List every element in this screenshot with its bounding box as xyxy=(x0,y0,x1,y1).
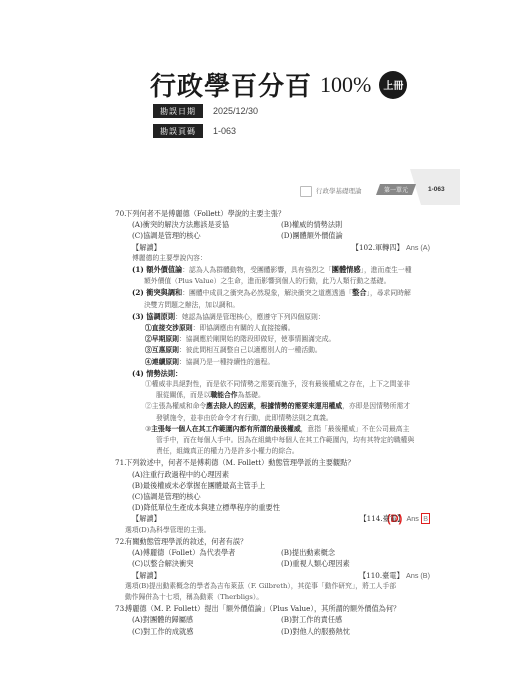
sub-lead: ②早期原則 xyxy=(145,335,179,343)
point-4: (4) 情勢法則： xyxy=(115,368,430,379)
errata-page-row: 勘誤頁碼 1-063 xyxy=(153,124,236,138)
question-number: 72. xyxy=(115,536,126,547)
question-number: 70. xyxy=(115,208,126,219)
coordination-3: ③互惠原則：彼此間相互調整自己以適應別人的一種活動。 xyxy=(115,345,430,356)
point-1-cont: 額外價值（Plus Value）之生命，進而影響到個人的行動，此乃人類行動之基礎… xyxy=(115,276,430,287)
situation-2-cont: 發號施令，並非由於命令才有行動，此即情勢法則之真義。 xyxy=(115,413,430,424)
page-number: 1-063 xyxy=(428,186,445,193)
situation-3: ③主張每一個人在其工作範圍內都有所謂的最後權威，意指「最後權威」不在公司最高主 xyxy=(115,424,430,435)
question-text: 有關動態管理學派的敘述，何者有誤？ xyxy=(115,536,430,547)
sub-text: 服從關係，而是以 xyxy=(156,391,210,399)
question-text: 下列何者不是傅麗德（Follett）學說的主要主張？ xyxy=(115,208,430,219)
sub-text: ：協調乃是一種持續性的過程。 xyxy=(179,358,274,366)
errata-page-label: 勘誤頁碼 xyxy=(153,124,203,138)
explanation-text-cont: 動作歸併為十七項，稱為動素（Therbligs）。 xyxy=(115,592,430,603)
explanation-text: 選項(B)提出動素概念的學者為吉布萊茲（F. Gilbreth），其從事「動作研… xyxy=(115,581,430,592)
jiedu-label: 【解讀】 xyxy=(132,242,161,253)
sub-text: ，意指「最後權威」不在公司最高主 xyxy=(301,425,410,433)
book-title-percent: 100% xyxy=(320,72,371,98)
question-text: 傅麗德（M. P. Follett）提出「額外價值論」（Plus Value），… xyxy=(115,603,430,614)
unit-tag: 第一單元 xyxy=(376,184,416,195)
option-a: (A)對團體的歸屬感 xyxy=(132,614,281,625)
question-number: 73. xyxy=(115,603,126,614)
situation-1: ①權威非具絕對性，而是依不同情勢之需要而施予，沒有最後權威之存在，上下之間並非 xyxy=(115,379,430,390)
point-2-cont: 決雙方問題之辦法，加以調和。 xyxy=(115,300,430,311)
point-lead: (4) 情勢法則： xyxy=(132,369,182,378)
option-c: (C)協調是管理的核心 xyxy=(132,491,430,502)
question-72: 72. 有關動態管理學派的敘述，何者有誤？ xyxy=(115,536,430,547)
sub-bold: 職能合作 xyxy=(210,391,237,399)
option-a: (A)衝突的解決方法應該是妥協 xyxy=(132,219,281,230)
coordination-1: ①直接交涉原則：即協調應由有關的人直接接觸。 xyxy=(115,323,430,334)
option-d: (D)對他人的服務熱忱 xyxy=(281,626,430,637)
coordination-4: ④連續原則：協調乃是一種持續性的過程。 xyxy=(115,357,430,368)
sub-text: 為基礎。 xyxy=(238,391,265,399)
explanation-intro: 傅麗德的主要學說內容： xyxy=(115,253,430,264)
point-text2: 」，尋求同時解 xyxy=(367,289,411,297)
option-c: (C)協調是管理的核心 xyxy=(132,230,281,241)
coordination-2: ②早期原則：協調應於剛開始的階段即做好，使事情圓滿完成。 xyxy=(115,334,430,345)
option-d: (D)降低單位生產成本與建立標準程序的重要性 xyxy=(132,502,430,513)
situation-3-cont2: 責任，組織真正的權力乃是許多小權力的綜合。 xyxy=(115,446,430,457)
errata-date-row: 勘誤日期 2025/12/30 xyxy=(153,104,258,118)
options: (A)傅麗德（Follet）為代表學者 (B)提出動素概念 (C)以整合解決衝突… xyxy=(115,547,430,569)
answer-highlighted: B xyxy=(421,513,430,524)
point-text: ：她認為協調是管理核心，應遵守下列四個原則： xyxy=(175,313,325,321)
source-answer: 【110.臺電】 Ans (B) xyxy=(359,570,430,581)
point-1: (1) 額外價值論：認為人為群體動物，受團體影響，具有強烈之「團體情感」，進而產… xyxy=(115,264,430,276)
source-answer: 【102.軍轉四】 Ans (A) xyxy=(352,242,430,253)
sub-text: ：即協調應由有關的人直接接觸。 xyxy=(193,324,295,332)
book-icon xyxy=(300,186,312,197)
explanation-header: 【解讀】 【110.臺電】 Ans (B) xyxy=(115,570,430,581)
errata-page-value: 1-063 xyxy=(213,126,236,136)
option-d: (D)重視人類心理因素 xyxy=(281,558,430,569)
option-d: (D)團體額外價值論 xyxy=(281,230,430,241)
sub-lead: ①直接交涉原則 xyxy=(145,324,193,332)
jiedu-label: 【解讀】 xyxy=(132,570,161,581)
explanation-header: 【解讀】 【114.臺電】 Ans B xyxy=(115,513,430,524)
sub-lead: ③互惠原則 xyxy=(145,346,179,354)
cover-title-block: 行政學百分百 100% 上冊 xyxy=(150,66,407,103)
option-c: (C)對工作的成就感 xyxy=(132,626,281,637)
point-lead: (1) 額外價值論 xyxy=(132,265,182,274)
errata-date-label: 勘誤日期 xyxy=(153,104,203,118)
exam-source: 【102.軍轉四】 xyxy=(352,243,404,252)
options: (A)注重行政過程中的心理因素 (B)最後權威未必掌握在團體最高主管手上 (C)… xyxy=(115,469,430,514)
options: (A)對團體的歸屬感 (B)對工作的責任感 (C)對工作的成就感 (D)對他人的… xyxy=(115,614,430,636)
question-70: 70. 下列何者不是傅麗德（Follett）學說的主要主張？ xyxy=(115,208,430,219)
jiedu-label: 【解讀】 xyxy=(132,513,161,524)
exam-source: 【110.臺電】 xyxy=(359,571,404,580)
explanation-text: 選項(D)為科學管理的主張。 xyxy=(115,525,430,536)
sub-text: ，亦即是因情勢所需才 xyxy=(342,402,410,410)
sub-bold: 主張每一個人在其工作範圍內都有所謂的最後權威 xyxy=(151,425,301,433)
option-a: (A)注重行政過程中的心理因素 xyxy=(132,469,430,480)
question-71: 71. 下列敘述中，何者不是傅莉德（M. Follett）動態管理學派的主要觀點… xyxy=(115,457,430,468)
answer: Ans (B) xyxy=(406,571,430,580)
option-b: (B)權威的情勢法則 xyxy=(281,219,430,230)
question-73: 73. 傅麗德（M. P. Follett）提出「額外價值論」（Plus Val… xyxy=(115,603,430,614)
explanation-header: 【解讀】 【102.軍轉四】 Ans (A) xyxy=(115,242,430,253)
situation-1-cont: 服從關係，而是以職能合作為基礎。 xyxy=(115,390,430,401)
sub-text: ：協調應於剛開始的階段即做好，使事情圓滿完成。 xyxy=(179,335,335,343)
answer-prefix: Ans xyxy=(407,514,419,523)
page-header: 行政學基礎理論 第一單元 1-063 xyxy=(300,180,460,204)
options: (A)衝突的解決方法應該是妥協 (B)權威的情勢法則 (C)協調是管理的核心 (… xyxy=(115,219,430,241)
question-content: 70. 下列何者不是傅麗德（Follett）學說的主要主張？ (A)衝突的解決方… xyxy=(115,208,430,637)
errata-date-value: 2025/12/30 xyxy=(213,106,258,116)
sub-text: ②主張為權威和命令 xyxy=(145,402,206,410)
exam-source: 【114.臺電】 xyxy=(359,514,404,523)
question-number: 71. xyxy=(115,457,126,468)
volume-badge: 上冊 xyxy=(379,71,407,99)
book-title: 行政學百分百 xyxy=(150,66,312,103)
point-bold: 團體情感 xyxy=(332,265,361,274)
point-text2: 」，進而產生一種 xyxy=(361,266,412,274)
sub-text: ：彼此間相互調整自己以適應別人的一種活動。 xyxy=(179,346,322,354)
point-bold: 整合 xyxy=(352,288,366,297)
option-b: (B)提出動素概念 xyxy=(281,547,430,558)
answer: Ans (A) xyxy=(406,243,430,252)
point-2: (2) 衝突與調和：團體中成員之衝突為必然現象，解決衝突之道應透過「整合」，尋求… xyxy=(115,287,430,299)
question-text: 下列敘述中，何者不是傅莉德（M. Follett）動態管理學派的主要觀點？ xyxy=(115,457,430,468)
point-text: ：團體中成員之衝突為必然現象，解決衝突之道應透過「 xyxy=(182,289,352,297)
situation-3-cont: 管手中，而在每個人手中。因為在組織中每個人在其工作範圍內，均有其特定的職權與 xyxy=(115,435,430,446)
situation-2: ②主張為權威和命令應去除人的因素，根據情勢的需要來運用權威，亦即是因情勢所需才 xyxy=(115,401,430,412)
option-a: (A)傅麗德（Follet）為代表學者 xyxy=(132,547,281,558)
point-lead: (2) 衝突與調和 xyxy=(132,288,182,297)
sub-bold: 應去除人的因素，根據情勢的需要來運用權威 xyxy=(206,402,342,410)
option-c: (C)以整合解決衝突 xyxy=(132,558,281,569)
book-section-title: 行政學基礎理論 xyxy=(316,186,362,195)
sub-text: ①權威非具絕對性，而是依不同情勢之需要而施予，沒有最後權威之存在，上下之間並非 xyxy=(145,380,410,388)
option-b: (B)最後權威未必掌握在團體最高主管手上 xyxy=(132,480,430,491)
point-text: ：認為人為群體動物，受團體影響，具有強烈之「 xyxy=(182,266,332,274)
point-lead: (3) 協調原則 xyxy=(132,312,175,321)
point-3: (3) 協調原則：她認為協調是管理核心，應遵守下列四個原則： xyxy=(115,311,430,323)
sub-lead: ④連續原則 xyxy=(145,358,179,366)
option-b: (B)對工作的責任感 xyxy=(281,614,430,625)
source-answer: 【114.臺電】 Ans B xyxy=(359,513,430,524)
